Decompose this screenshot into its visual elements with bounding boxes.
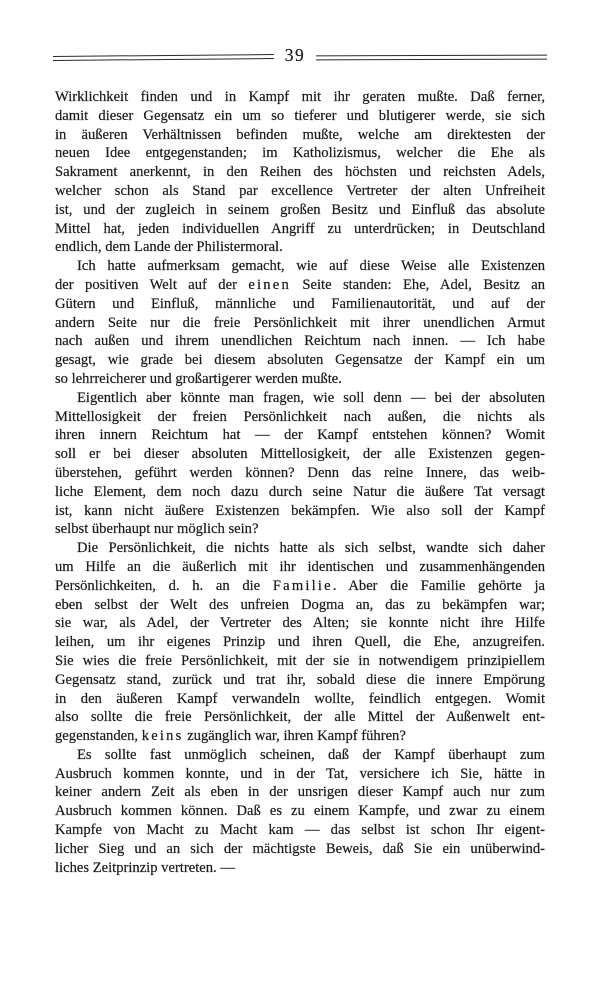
text-line: Ausbruch kommen konnte, und in der Tat, … — [55, 765, 545, 784]
text-line: um Hilfe an die äußerlich mit ihr identi… — [55, 558, 545, 577]
text-line: Sie wies die freie Persönlichkeit, mit d… — [55, 652, 545, 671]
text-line: neuen Idee entgegenstanden; im Katholizi… — [55, 144, 545, 163]
text-line: licher Sieg und an sich der mächtigste B… — [55, 840, 545, 859]
header-rule-right — [316, 55, 547, 61]
paragraph: Die Persönlichkeit, die nichts hatte als… — [55, 539, 545, 746]
header-rule-left — [53, 54, 274, 61]
page-header: 39 — [0, 0, 600, 84]
text-line: gegenstanden, keins zugänglich war, ihre… — [55, 727, 545, 746]
text-line: welcher schon als Stand par excellence V… — [55, 182, 545, 201]
text-line: Es sollte fast unmöglich scheinen, daß d… — [55, 746, 545, 765]
paragraph: Ich hatte aufmerksam gemacht, wie auf di… — [55, 257, 545, 389]
text-run: zugänglich war, ihren Kampf führen? — [184, 728, 406, 744]
text-line: Mittel hat, jeden individuellen Angriff … — [55, 220, 545, 239]
text-line: andern Seite nur die freie Persönlichkei… — [55, 314, 545, 333]
text-line: so lehrreicherer und großartigerer werde… — [55, 370, 545, 389]
text-line: Sakrament anerkennt, in den Reihen des h… — [55, 163, 545, 182]
paragraph: Wirklichkeit finden und in Kampf mit ihr… — [55, 88, 545, 257]
text-line: leihen, um ihr eigenes Prinzip und ihren… — [55, 633, 545, 652]
text-run: Persönlichkeiten, d. h. an die — [55, 578, 273, 594]
letterspaced-word: einen — [248, 277, 291, 293]
text-line: Ich hatte aufmerksam gemacht, wie auf di… — [55, 257, 545, 276]
text-line: liches Zeitprinzip vertreten. — — [55, 859, 545, 878]
text-line: liche Element, dem noch dazu durch seine… — [55, 483, 545, 502]
text-line: Wirklichkeit finden und in Kampf mit ihr… — [55, 88, 545, 107]
text-line: eben selbst der Welt des unfreien Dogma … — [55, 596, 545, 615]
page-number: 39 — [274, 45, 316, 66]
text-line: sie war, als Adel, der Vertreter des Alt… — [55, 614, 545, 633]
text-line: Ausbruch kommen können. Daß es zu einem … — [55, 802, 545, 821]
text-line: in den äußeren Kampf verwandeln wollte, … — [55, 690, 545, 709]
text-line: ist, kann nicht äußere Existenzen bekämp… — [55, 502, 545, 521]
text-run: Seite standen: Ehe, Adel, Besitz an — [291, 277, 545, 293]
text-line: selbst überhaupt nur möglich sein? — [55, 520, 545, 539]
text-line: Gütern und Einfluß, männliche und Famili… — [55, 295, 545, 314]
text-line: Mittellosigkeit der freien Persönlichkei… — [55, 408, 545, 427]
letterspaced-word: Familie — [273, 578, 333, 594]
paragraph: Es sollte fast unmöglich scheinen, daß d… — [55, 746, 545, 878]
text-run: . Aber die Familie gehörte ja — [333, 578, 545, 594]
book-page: 39 Wirklichkeit finden und in Kampf mit … — [0, 0, 600, 1004]
text-line: keiner andern Zeit als eben in der unsri… — [55, 783, 545, 802]
text-run: gegenstanden, — [55, 728, 142, 744]
page-text: Wirklichkeit finden und in Kampf mit ihr… — [55, 88, 545, 877]
text-line: Eigentlich aber könnte man fragen, wie s… — [55, 389, 545, 408]
text-line: soll er bei dieser absoluten Mittellosig… — [55, 445, 545, 464]
text-line: überstehen, geführt werden können? Denn … — [55, 464, 545, 483]
text-line: der positiven Welt auf der einen Seite s… — [55, 276, 545, 295]
text-line: damit dieser Gegensatz ein um so tiefere… — [55, 107, 545, 126]
text-line: nach außen und ihrem unendlichen Reichtu… — [55, 332, 545, 351]
text-line: endlich, dem Lande der Philistermoral. — [55, 238, 545, 257]
text-line: ist, und der zugleich in seinem großen B… — [55, 201, 545, 220]
text-line: Persönlichkeiten, d. h. an die Familie. … — [55, 577, 545, 596]
text-line: ihren innern Reichtum hat — der Kampf en… — [55, 426, 545, 445]
text-line: in äußeren Verhältnissen befinden mußte,… — [55, 126, 545, 145]
text-line: gesagt, wie grade bei diesem absoluten G… — [55, 351, 545, 370]
text-line: Gegensatz stand, zurück und trat ihr, so… — [55, 671, 545, 690]
text-line: also sollte die freie Persönlichkeit, de… — [55, 708, 545, 727]
letterspaced-word: keins — [142, 728, 184, 744]
paragraph: Eigentlich aber könnte man fragen, wie s… — [55, 389, 545, 539]
text-line: Kampfe von Macht zu Macht kam — das selb… — [55, 821, 545, 840]
text-line: Die Persönlichkeit, die nichts hatte als… — [55, 539, 545, 558]
text-run: der positiven Welt auf der — [55, 277, 248, 293]
